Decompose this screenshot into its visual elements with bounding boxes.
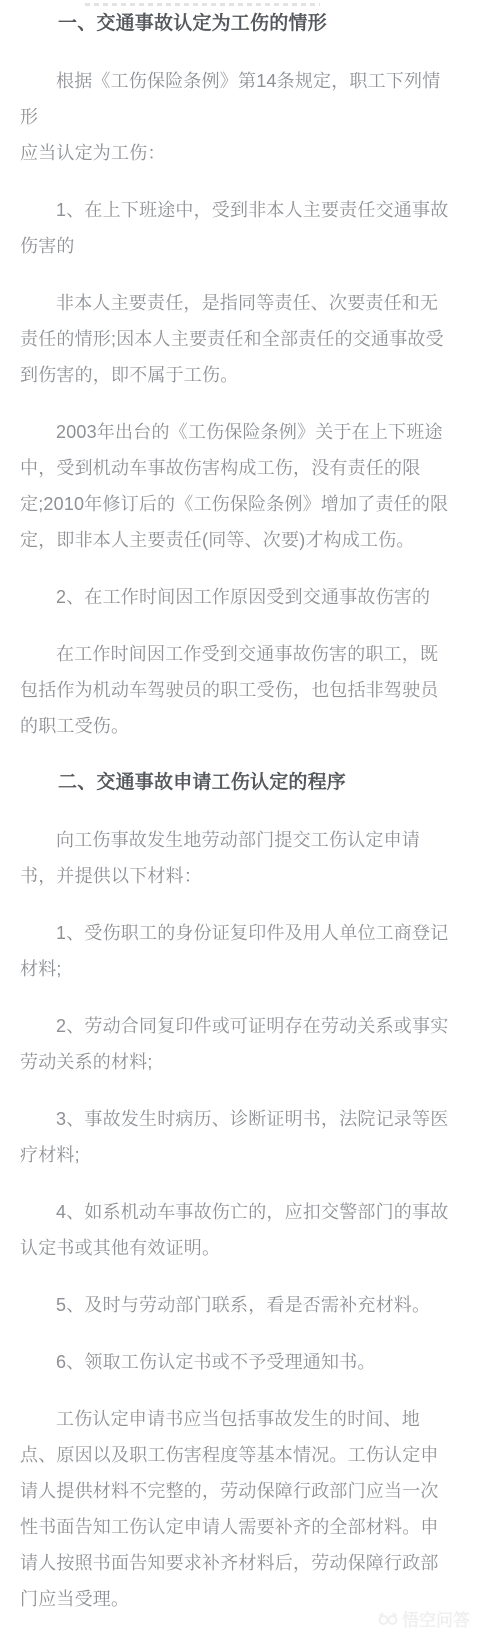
watermark-label: 悟空问答: [402, 1606, 470, 1631]
article-paragraph: 6、领取工伤认定书或不予受理通知书。: [20, 1344, 456, 1380]
article-paragraph: 2003年出台的《工伤保险条例》关于在上下班途 中，受到机动车事故伤害构成工伤，…: [20, 414, 456, 558]
article-paragraph: 1、受伤职工的身份证复印件及用人单位工商登记 材料;: [20, 915, 456, 987]
watermark: 悟空问答: [378, 1606, 470, 1631]
article-paragraph: 根据《工伤保险条例》第14条规定，职工下列情形 应当认定为工伤：: [20, 63, 456, 171]
article-body: 一、交通事故认定为工伤的情形根据《工伤保险条例》第14条规定，职工下列情形 应当…: [0, 0, 480, 1617]
article-heading: 二、交通事故申请工伤认定的程序: [20, 765, 456, 801]
article-paragraph: 向工伤事故发生地劳动部门提交工伤认定申请 书，并提供以下材料：: [20, 822, 456, 894]
article-paragraph: 2、在工作时间因工作原因受到交通事故伤害的: [20, 579, 456, 615]
wukong-logo-icon: [378, 1611, 398, 1627]
cropped-text-remnant: [85, 3, 320, 6]
article-heading: 一、交通事故认定为工伤的情形: [20, 6, 456, 42]
article-paragraph: 5、及时与劳动部门联系，看是否需补充材料。: [20, 1287, 456, 1323]
article-paragraph: 2、劳动合同复印件或可证明存在劳动关系或事实 劳动关系的材料;: [20, 1008, 456, 1080]
article-paragraph: 非本人主要责任，是指同等责任、次要责任和无 责任的情形;因本人主要责任和全部责任…: [20, 285, 456, 393]
article-paragraph: 4、如系机动车事故伤亡的，应扣交警部门的事故 认定书或其他有效证明。: [20, 1194, 456, 1266]
article-paragraph: 1、在上下班途中，受到非本人主要责任交通事故 伤害的: [20, 192, 456, 264]
article-paragraph: 在工作时间因工作受到交通事故伤害的职工，既 包括作为机动车驾驶员的职工受伤，也包…: [20, 636, 456, 744]
article-page: 一、交通事故认定为工伤的情形根据《工伤保险条例》第14条规定，职工下列情形 应当…: [0, 0, 480, 1637]
article-paragraph: 工伤认定申请书应当包括事故发生的时间、地 点、原因以及职工伤害程度等基本情况。工…: [20, 1401, 456, 1617]
article-paragraph: 3、事故发生时病历、诊断证明书，法院记录等医 疗材料;: [20, 1101, 456, 1173]
